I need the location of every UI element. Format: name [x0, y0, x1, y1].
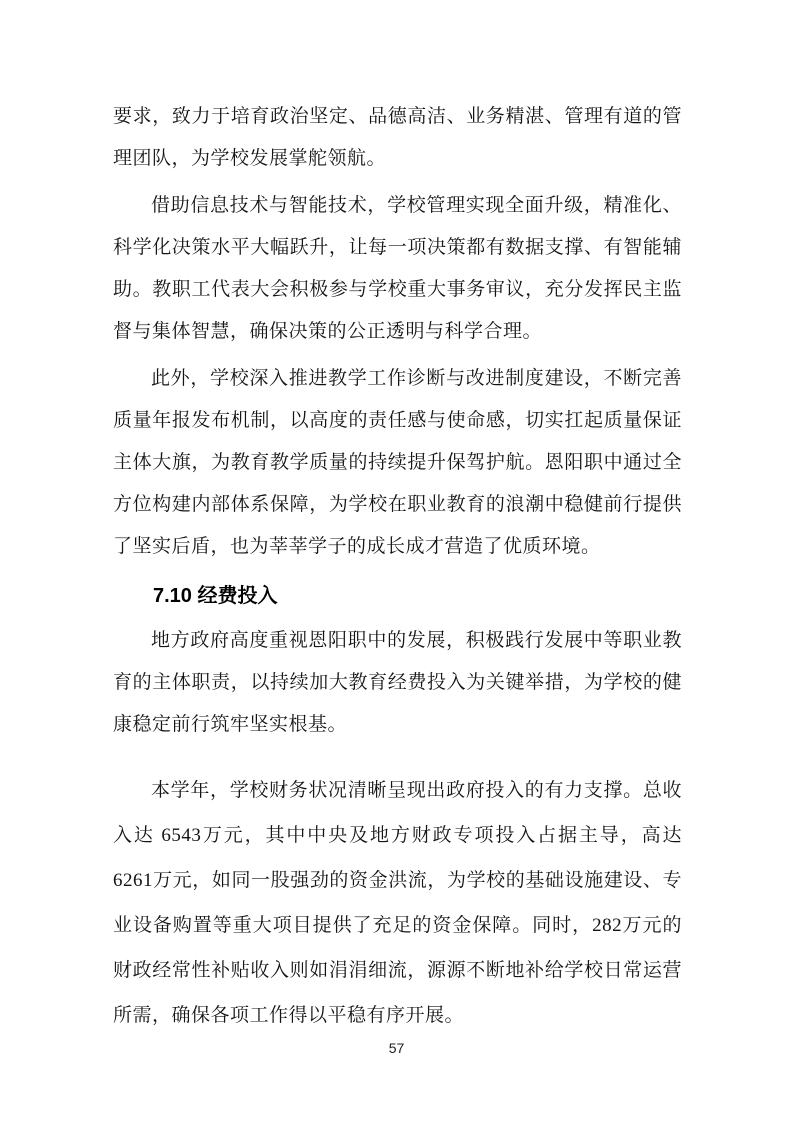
body-paragraph: 借助信息技术与智能技术，学校管理实现全面升级，精准化、科学化决策水平大幅跃升，让… — [113, 185, 682, 353]
section-heading: 7.10 经费投入 — [113, 582, 682, 610]
document-page: 要求，致力于培育政治坚定、品德高洁、业务精湛、管理有道的管理团队，为学校发展掌舵… — [0, 0, 793, 1122]
body-paragraph: 地方政府高度重视恩阳职中的发展，积极践行发展中等职业教育的主体职责，以持续加大教… — [113, 620, 682, 746]
body-paragraph: 要求，致力于培育政治坚定、品德高洁、业务精湛、管理有道的管理团队，为学校发展掌舵… — [113, 96, 682, 180]
document-content: 要求，致力于培育政治坚定、品德高洁、业务精湛、管理有道的管理团队，为学校发展掌舵… — [0, 0, 793, 1038]
page-number: 57 — [0, 1040, 793, 1056]
body-paragraph: 本学年，学校财务状况清晰呈现出政府投入的有力支撑。总收入达 6543万元，其中中… — [113, 768, 682, 1038]
body-paragraph: 此外，学校深入推进教学工作诊断与改进制度建设，不断完善质量年报发布机制，以高度的… — [113, 358, 682, 568]
